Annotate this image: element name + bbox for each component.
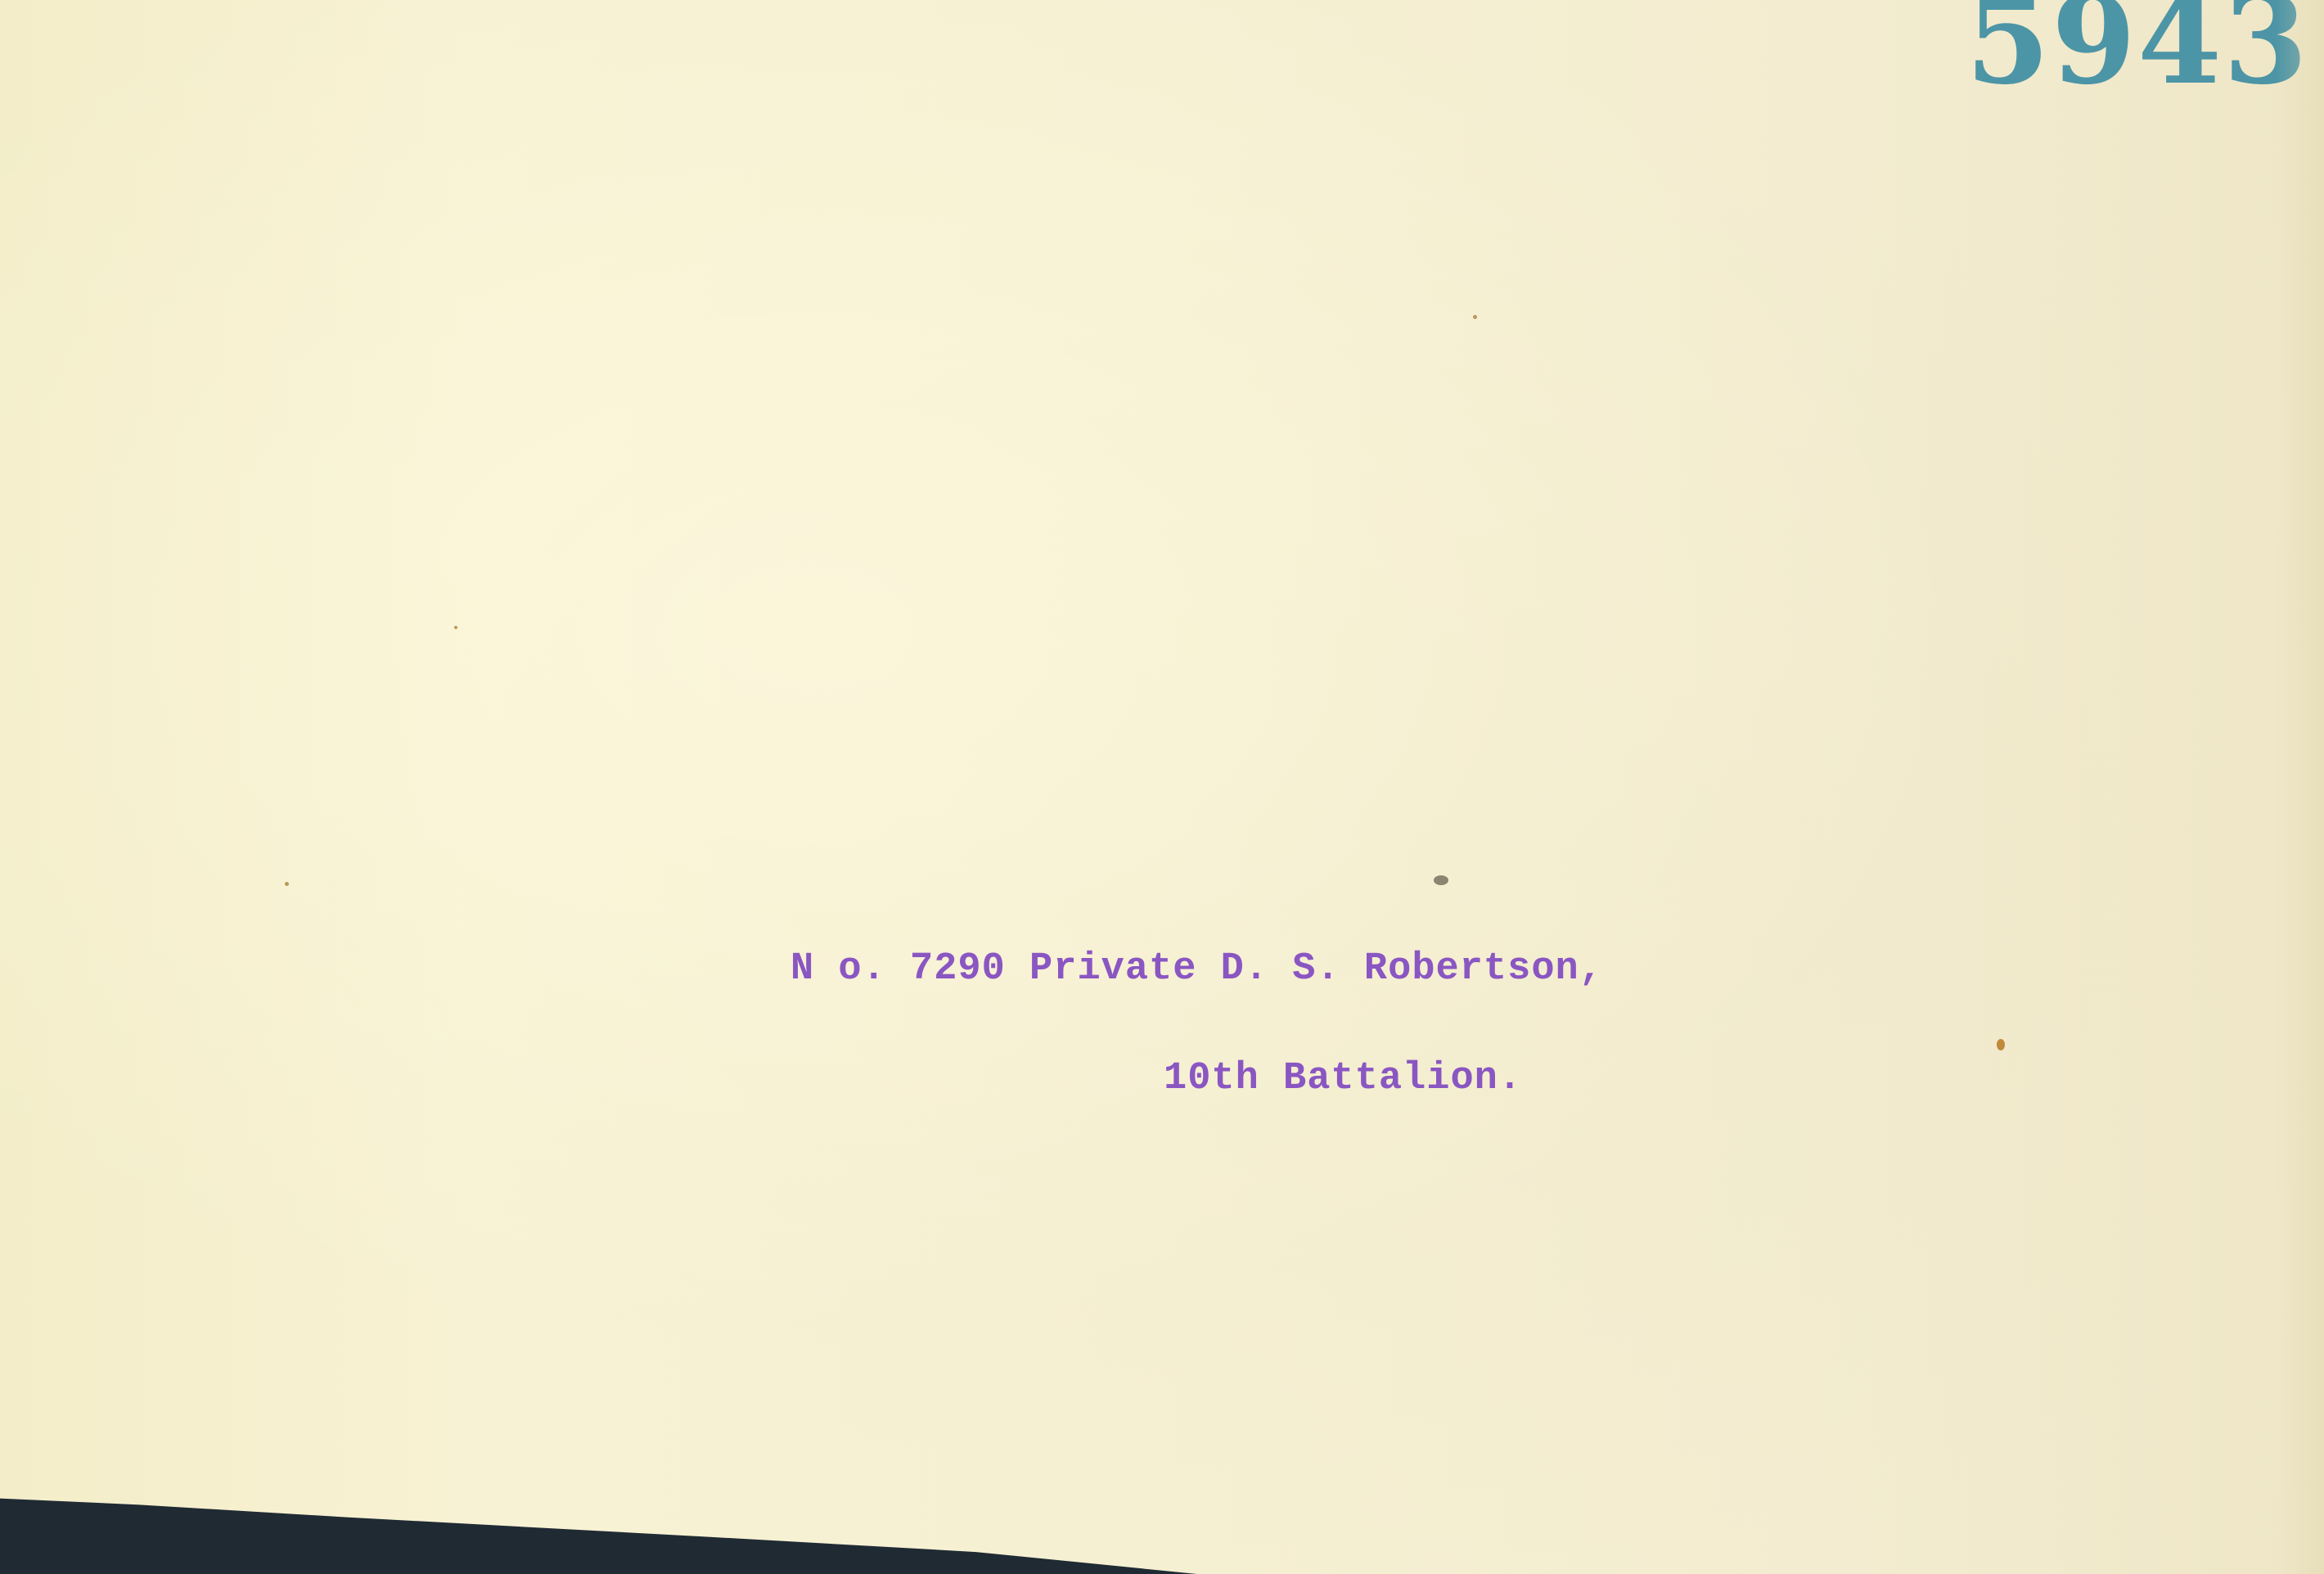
soldier-name-line: N o. 7290 Private D. S. Robertson, xyxy=(790,947,1603,991)
battalion-line: 10th Battalion. xyxy=(1164,1057,1522,1100)
paper-speck xyxy=(1997,1039,2005,1050)
stamp-number: 5943 xyxy=(1966,0,2309,111)
document-page: 5943 N o. 7290 Private D. S. Robertson, … xyxy=(0,0,2324,1574)
paper-speck xyxy=(1473,315,1477,319)
paper-speck xyxy=(454,626,457,629)
paper-speck xyxy=(1434,875,1448,885)
paper-speck xyxy=(285,882,289,886)
